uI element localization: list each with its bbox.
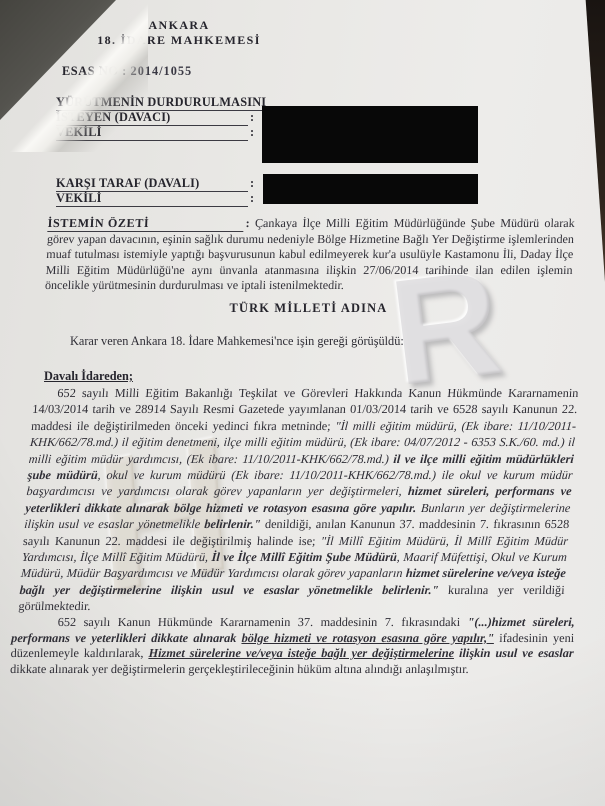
- text-segment: bölge hizmeti ve rotasyon esasına göre y…: [241, 630, 494, 644]
- text-segment: belirlenir.": [204, 517, 261, 531]
- colon: :: [250, 110, 254, 124]
- case-number-label: ESAS NO :: [62, 64, 127, 78]
- court-name: 18. İDARE MAHKEMESİ: [84, 33, 274, 48]
- section-heading: Davalı İdareden;: [44, 369, 605, 384]
- requester-title: YÜRÜTMENİN DURDURULMASINI: [56, 95, 268, 111]
- text-segment: 652 sayılı Kanun Hükmünde Kararnamenin 3…: [58, 615, 468, 629]
- court-header: ANKARA 18. İDARE MAHKEMESİ: [84, 18, 274, 48]
- defendant-label: KARŞI TARAF (DAVALI): [56, 176, 248, 192]
- text-segment: dikkate alınarak yer değiştirmelerin ger…: [10, 661, 469, 675]
- text-segment: Hizmet sürelerine ve/veya isteğe bağlı y…: [148, 646, 454, 660]
- text-segment: İl ve İlçe Millî Eğitim Şube Müdürü: [211, 550, 397, 564]
- legal-paragraph-2: 652 sayılı Kanun Hükmünde Kararnamenin 3…: [10, 615, 575, 677]
- redaction-box-defendant: [263, 174, 478, 204]
- redaction-box-plaintiff: [262, 106, 478, 163]
- colon: :: [250, 176, 254, 190]
- court-city: ANKARA: [84, 18, 274, 33]
- text-segment: ilişkin usul ve esaslar: [459, 646, 574, 660]
- defendant-attorney-label: VEKİLİ: [56, 191, 248, 207]
- case-number-row: ESAS NO : 2014/1055: [62, 64, 605, 79]
- colon: :: [250, 125, 254, 139]
- colon: :: [245, 216, 250, 230]
- in-the-name-heading: TÜRK MİLLETİ ADINA: [40, 301, 577, 316]
- legal-paragraph-1: 652 sayılı Milli Eğitim Bakanlığı Teşkil…: [18, 385, 579, 615]
- requester-attorney-label: VEKİLİ: [56, 125, 248, 141]
- decision-intro: Karar veren Ankara 18. İdare Mahkemesi'n…: [52, 334, 577, 349]
- requester-label: İSTEYEN (DAVACI): [56, 110, 248, 126]
- document-photo: { "document": { "court_line1": "ANKARA",…: [0, 0, 605, 806]
- case-number-value: 2014/1055: [131, 64, 193, 78]
- colon: :: [250, 191, 254, 205]
- summary-label: İSTEMİN ÖZETİ: [47, 216, 244, 232]
- summary-paragraph: İSTEMİN ÖZETİ: Çankaya İlçe Milli Eğitim…: [45, 216, 575, 293]
